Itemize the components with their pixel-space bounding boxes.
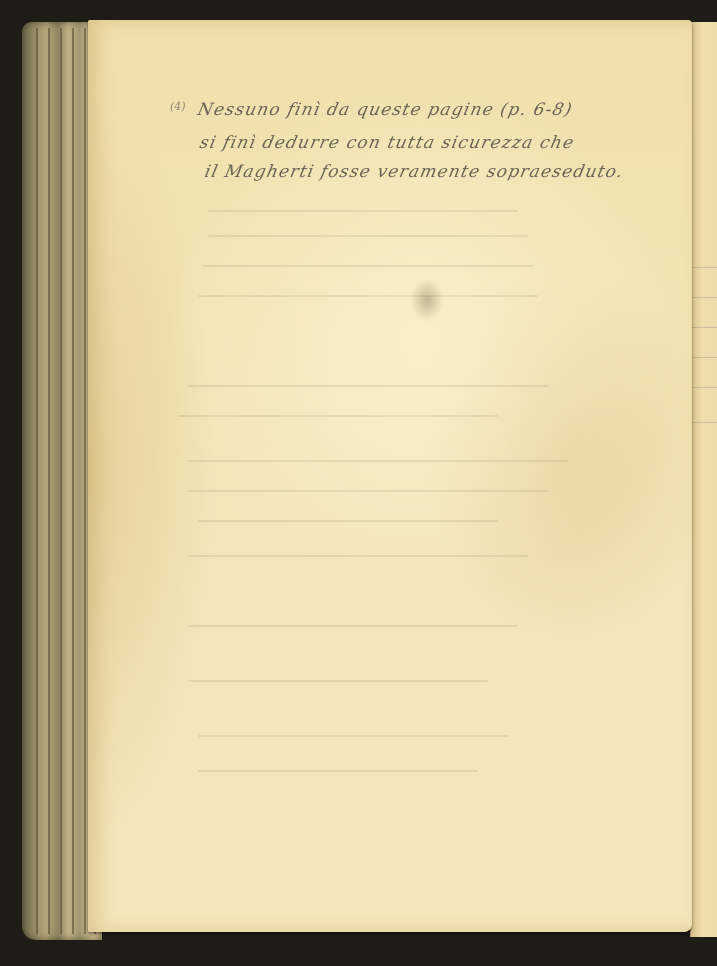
ink-stain bbox=[410, 278, 444, 322]
footnote-marker: (4) bbox=[170, 100, 186, 113]
handwritten-line-3: il Magherti fosse veramente sopraeseduto… bbox=[203, 162, 626, 182]
scan-background: (4) Nessuno finì da queste pagine (p. 6-… bbox=[0, 0, 717, 966]
manuscript-page bbox=[88, 20, 692, 932]
handwritten-line-1: Nessuno finì da queste pagine (p. 6-8) bbox=[196, 100, 575, 120]
handwritten-line-2: si finì dedurre con tutta sicurezza che bbox=[198, 133, 577, 153]
facing-page-edge bbox=[690, 22, 717, 937]
